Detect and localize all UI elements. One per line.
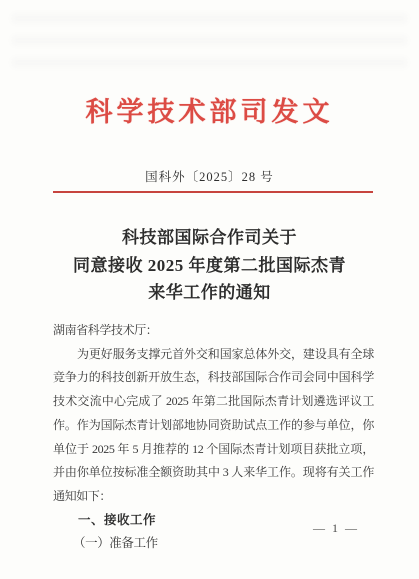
document-number: 国科外〔2025〕28 号 bbox=[0, 167, 419, 185]
page-number: — 1 — bbox=[313, 521, 359, 536]
recipient-line: 湖南省科学技术厅： bbox=[53, 319, 374, 343]
notice-title-line-2: 同意接收 2025 年度第二批国际杰青 bbox=[0, 252, 419, 280]
document-page: 科学技术部司发文 国科外〔2025〕28 号 科技部国际合作司关于 同意接收 2… bbox=[0, 0, 419, 579]
header-divider-line bbox=[53, 191, 373, 193]
notice-title-line-3: 来华工作的通知 bbox=[0, 279, 419, 307]
issuing-authority-title: 科学技术部司发文 bbox=[0, 90, 419, 129]
body-paragraph: 为更好服务支撑元首外交和国家总体外交，建设具有全球竞争力的科技创新开放生态，科技… bbox=[53, 343, 374, 509]
notice-title-line-1: 科技部国际合作司关于 bbox=[0, 224, 419, 252]
scan-bleed-artifact bbox=[12, 14, 407, 72]
notice-title: 科技部国际合作司关于 同意接收 2025 年度第二批国际杰青 来华工作的通知 bbox=[0, 224, 419, 307]
